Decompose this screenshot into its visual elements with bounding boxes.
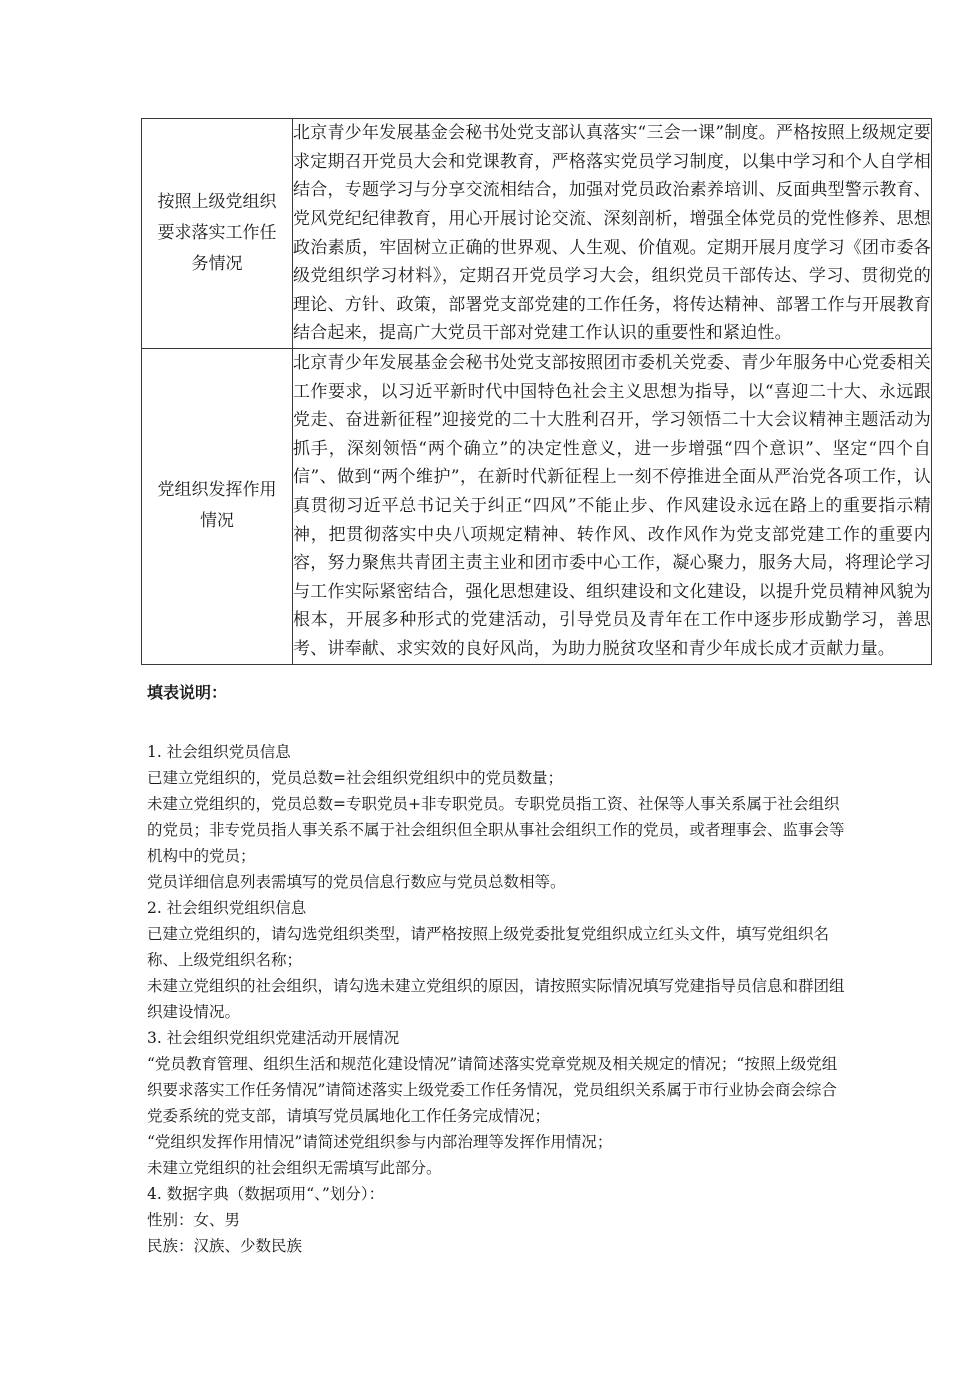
label-line: 情况	[142, 506, 292, 537]
row-content-task-implementation: 北京青少年发展基金会秘书处党支部认真落实“三会一课”制度。严格按照上级规定要求定…	[293, 119, 932, 349]
instruction-line: 党员详细信息列表需填写的党员信息行数应与党员总数相等。	[147, 869, 847, 895]
section-heading-3: 3. 社会组织党组织党建活动开展情况	[147, 1025, 847, 1051]
row-label-task-implementation: 按照上级党组织 要求落实工作任 务情况	[142, 119, 293, 349]
table-row-party-role: 党组织发挥作用 情况 北京青少年发展基金会秘书处党支部按照团市委机关党委、青少年…	[142, 349, 932, 665]
section-heading-1: 1. 社会组织党员信息	[147, 739, 847, 765]
instruction-line: 已建立党组织的，党员总数=社会组织党组织中的党员数量；	[147, 765, 847, 791]
instruction-line: 已建立党组织的，请勾选党组织类型，请严格按照上级党委批复党组织成立红头文件，填写…	[147, 921, 847, 973]
document-page: 按照上级党组织 要求落实工作任 务情况 北京青少年发展基金会秘书处党支部认真落实…	[0, 0, 980, 1386]
instruction-line: 未建立党组织的社会组织，请勾选未建立党组织的原因，请按照实际情况填写党建指导员信…	[147, 973, 847, 1025]
table-row-task-implementation: 按照上级党组织 要求落实工作任 务情况 北京青少年发展基金会秘书处党支部认真落实…	[142, 119, 932, 349]
label-line: 要求落实工作任	[142, 218, 292, 249]
row-content-party-role: 北京青少年发展基金会秘书处党支部按照团市委机关党委、青少年服务中心党委相关工作要…	[293, 349, 932, 665]
filling-instructions: 填表说明： 1. 社会组织党员信息 已建立党组织的，党员总数=社会组织党组织中的…	[147, 680, 847, 1259]
party-work-table: 按照上级党组织 要求落实工作任 务情况 北京青少年发展基金会秘书处党支部认真落实…	[141, 118, 932, 665]
instructions-title: 填表说明：	[147, 680, 847, 706]
instruction-line: “党组织发挥作用情况”请简述党组织参与内部治理等发挥作用情况；	[147, 1129, 847, 1155]
label-line: 党组织发挥作用	[142, 475, 292, 506]
instruction-line: “党员教育管理、组织生活和规范化建设情况”请简述落实党章党规及相关规定的情况；“…	[147, 1051, 847, 1129]
dictionary-gender: 性别：女、男	[147, 1207, 847, 1233]
dictionary-ethnicity: 民族：汉族、少数民族	[147, 1233, 847, 1259]
section-heading-2: 2. 社会组织党组织信息	[147, 895, 847, 921]
section-heading-4: 4. 数据字典（数据项用“、”划分）：	[147, 1181, 847, 1207]
label-line: 按照上级党组织	[142, 187, 292, 218]
label-line: 务情况	[142, 249, 292, 280]
instruction-line: 未建立党组织的，党员总数=专职党员+非专职党员。专职党员指工资、社保等人事关系属…	[147, 791, 847, 869]
instruction-line: 未建立党组织的社会组织无需填写此部分。	[147, 1155, 847, 1181]
row-label-party-role: 党组织发挥作用 情况	[142, 349, 293, 665]
